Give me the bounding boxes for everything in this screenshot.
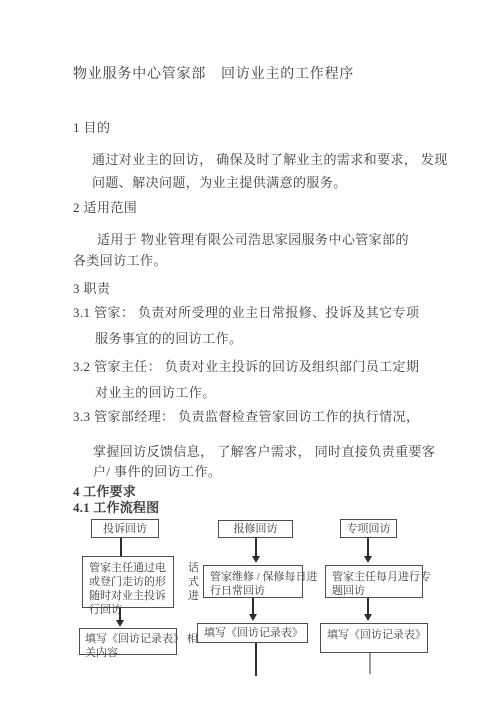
section-3-heading: 3 职责 (73, 281, 110, 297)
flowchart-special-record: 填写《回访记录表》 (327, 629, 426, 641)
arrow-down-icon (364, 556, 372, 563)
flowchart-complaint-title: 投诉回访 (103, 522, 147, 536)
flowchart-connector-line (252, 598, 254, 615)
flowchart-repair-process-line-1: 管家维修 / 保修每日进 (210, 570, 296, 584)
flowchart-repair-title-box: 报修回访 (218, 520, 293, 538)
arrow-down-icon (364, 614, 372, 621)
flowchart-special-process-line-2: 题回访 (332, 584, 416, 598)
section-1-line-2: 问题、解决问题，为业主提供满意的服务。 (92, 175, 347, 191)
flowchart-connector-line (255, 538, 257, 557)
section-3-3-line-1: 3.3 管家部经理： 负责监督检查管家回访工作的执行情况， (73, 409, 419, 425)
flowchart-complaint-process-line-3: 随时对业主投诉 进 (89, 589, 167, 603)
flowchart-complaint-process-line-1: 管家主任通过电 话 (89, 561, 167, 575)
flowchart-complaint-record-line-1: 填写《回访记录表》 相 (85, 632, 171, 646)
flowchart-complaint-title-box: 投诉回访 (91, 519, 159, 538)
flowchart-repair-record: 填写《回访记录表》 (204, 627, 303, 639)
flowchart-special-title: 专项回访 (347, 522, 391, 536)
flowchart-connector-line (369, 653, 371, 674)
section-3-3-line-2: 掌握回访反馈信息， 了解客户需求， 同时直接负责重要客 (93, 444, 435, 460)
flowchart-complaint-process-line-4: 行回访 (89, 603, 167, 617)
flowchart-repair-title: 报修回访 (234, 522, 278, 536)
section-3-2-line-2: 对业主的回访工作。 (95, 385, 216, 401)
flowchart-connector-line (367, 538, 369, 557)
section-2-heading: 2 适用范围 (73, 200, 137, 216)
section-1-heading: 1 目的 (73, 120, 110, 136)
flowchart-special-title-box: 专项回访 (340, 519, 397, 538)
section-3-1-line-1: 3.1 管家： 负责对所受理的业主日常报修、投诉及其它专项 (73, 305, 419, 321)
section-3-3-line-3: 户/ 事件的回访工作。 (93, 464, 221, 480)
flowchart-connector-line (120, 538, 122, 556)
section-3-1-line-2: 服务事宜的的回访工作。 (95, 331, 242, 347)
section-4-1-heading: 4.1 工作流程图 (73, 500, 159, 516)
section-2-line-2: 各类回访工作。 (73, 253, 167, 269)
section-1-line-1: 通过对业主的回访， 确保及时了解业主的需求和要求， 发现 (92, 152, 448, 168)
document-page: 物业服务中心管家部 回访业主的工作程序 1 目的 通过对业主的回访， 确保及时了… (0, 0, 500, 708)
flowchart-connector-line (255, 643, 257, 676)
arrow-down-icon (252, 556, 260, 563)
section-4-heading: 4 工作要求 (73, 484, 136, 500)
flowchart-complaint-record-line-2: 关内容 (85, 646, 171, 660)
flowchart-connector-line (367, 598, 369, 615)
flowchart-complaint-record-box: 填写《回访记录表》 相 关内容 (79, 628, 177, 655)
document-title: 物业服务中心管家部 回访业主的工作程序 (73, 67, 354, 84)
flowchart-repair-process-line-2: 行日常回访 (210, 584, 296, 598)
arrow-down-icon (249, 614, 257, 621)
section-3-2-line-1: 3.2 管家主任： 负责对业主投诉的回访及组织部门员工定期 (73, 359, 419, 375)
flowchart-special-record-box: 填写《回访记录表》 (320, 623, 428, 653)
arrow-down-icon (116, 620, 124, 627)
flowchart-special-process-box: 管家主任每月进行专 题回访 (325, 565, 423, 598)
section-2-line-1: 适用于 物业管理有限公司浩思家园服务中心管家部的 (97, 232, 409, 248)
flowchart-special-process-line-1: 管家主任每月进行专 (332, 570, 416, 584)
flowchart-complaint-process-line-2: 或登门走访的形 式 (89, 575, 167, 589)
flowchart-repair-process-box: 管家维修 / 保修每日进 行日常回访 (203, 565, 303, 598)
flowchart-complaint-process-box: 管家主任通过电 话 或登门走访的形 式 随时对业主投诉 进 行回访 (82, 556, 174, 608)
flowchart-repair-record-box: 填写《回访记录表》 (197, 623, 308, 643)
